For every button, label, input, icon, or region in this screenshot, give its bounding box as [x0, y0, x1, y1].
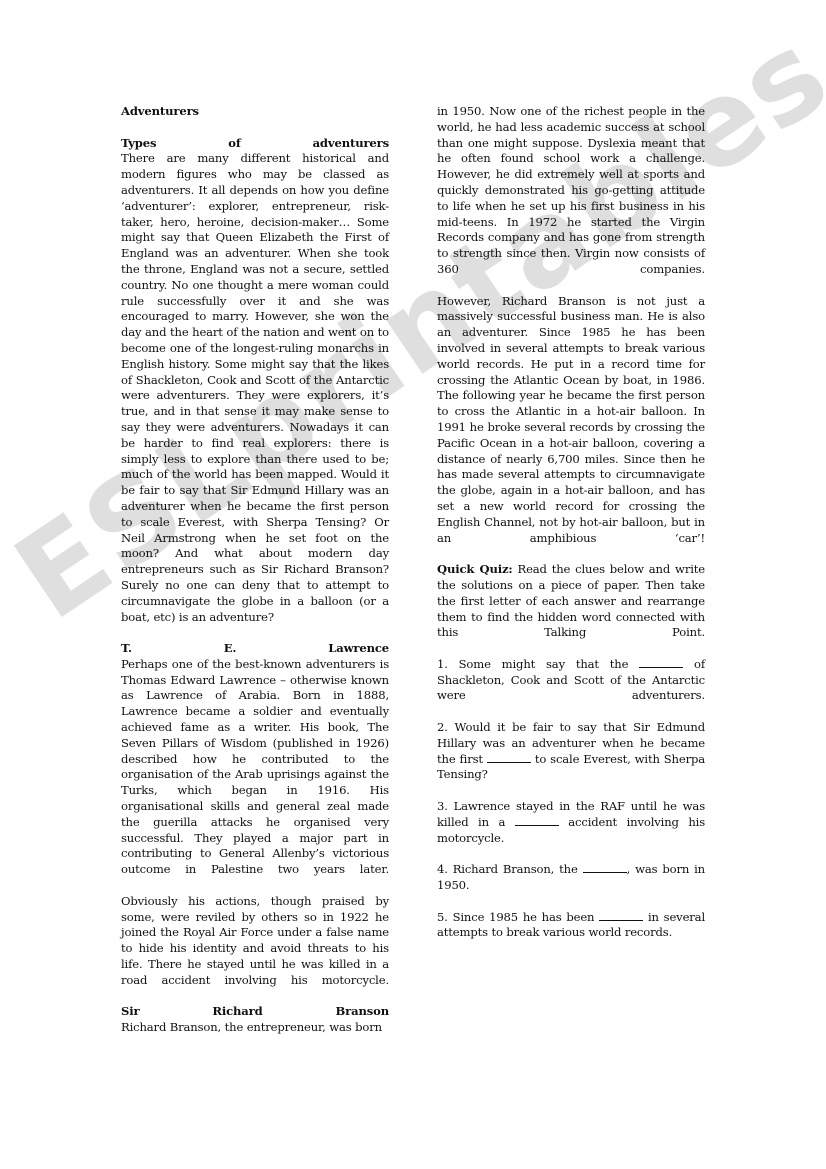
quiz-item-4: 4. Richard Branson, the , was born in 19… — [437, 862, 705, 894]
quiz-item-3: 3. Lawrence stayed in the RAF until he w… — [437, 799, 705, 846]
section-heading-lawrence: T. E. Lawrence — [121, 641, 389, 657]
section-body-branson-start: Richard Branson, the entrepreneur, was b… — [121, 1020, 389, 1036]
section-body-branson-cont: in 1950. Now one of the richest people i… — [437, 104, 705, 278]
section-body-branson-2: However, Richard Branson is not just a m… — [437, 294, 705, 547]
quiz-item-1-before: 1. Some might say that the — [437, 657, 639, 671]
section-body-types: There are many different historical and … — [121, 151, 389, 625]
quiz-instructions: Quick Quiz: Read the clues below and wri… — [437, 562, 705, 641]
quiz-item-1: 1. Some might say that the of Shackleton… — [437, 657, 705, 704]
right-column: in 1950. Now one of the richest people i… — [437, 104, 705, 957]
quiz-item-5: 5. Since 1985 he has been in several att… — [437, 910, 705, 942]
answer-blank-5 — [599, 910, 643, 921]
answer-blank-2 — [487, 752, 531, 763]
left-column: Adventurers Types of adventurers There a… — [121, 104, 389, 1036]
answer-blank-4 — [583, 862, 627, 873]
answer-blank-1 — [639, 657, 683, 668]
quiz-item-5-before: 5. Since 1985 he has been — [437, 910, 599, 924]
quiz-item-4-before: 4. Richard Branson, the — [437, 862, 583, 876]
worksheet-page: ESLprintables.com Adventurers Types of a… — [0, 0, 826, 1169]
section-body-lawrence-2: Obviously his actions, though praised by… — [121, 894, 389, 989]
section-body-lawrence: Perhaps one of the best-known adventurer… — [121, 657, 389, 878]
answer-blank-3 — [515, 815, 559, 826]
quiz-item-2: 2. Would it be fair to say that Sir Edmu… — [437, 720, 705, 783]
section-heading-branson: Sir Richard Branson — [121, 1004, 389, 1020]
quiz-label: Quick Quiz: — [437, 562, 513, 576]
document-title: Adventurers — [121, 104, 389, 120]
section-heading-types: Types of adventurers — [121, 136, 389, 152]
